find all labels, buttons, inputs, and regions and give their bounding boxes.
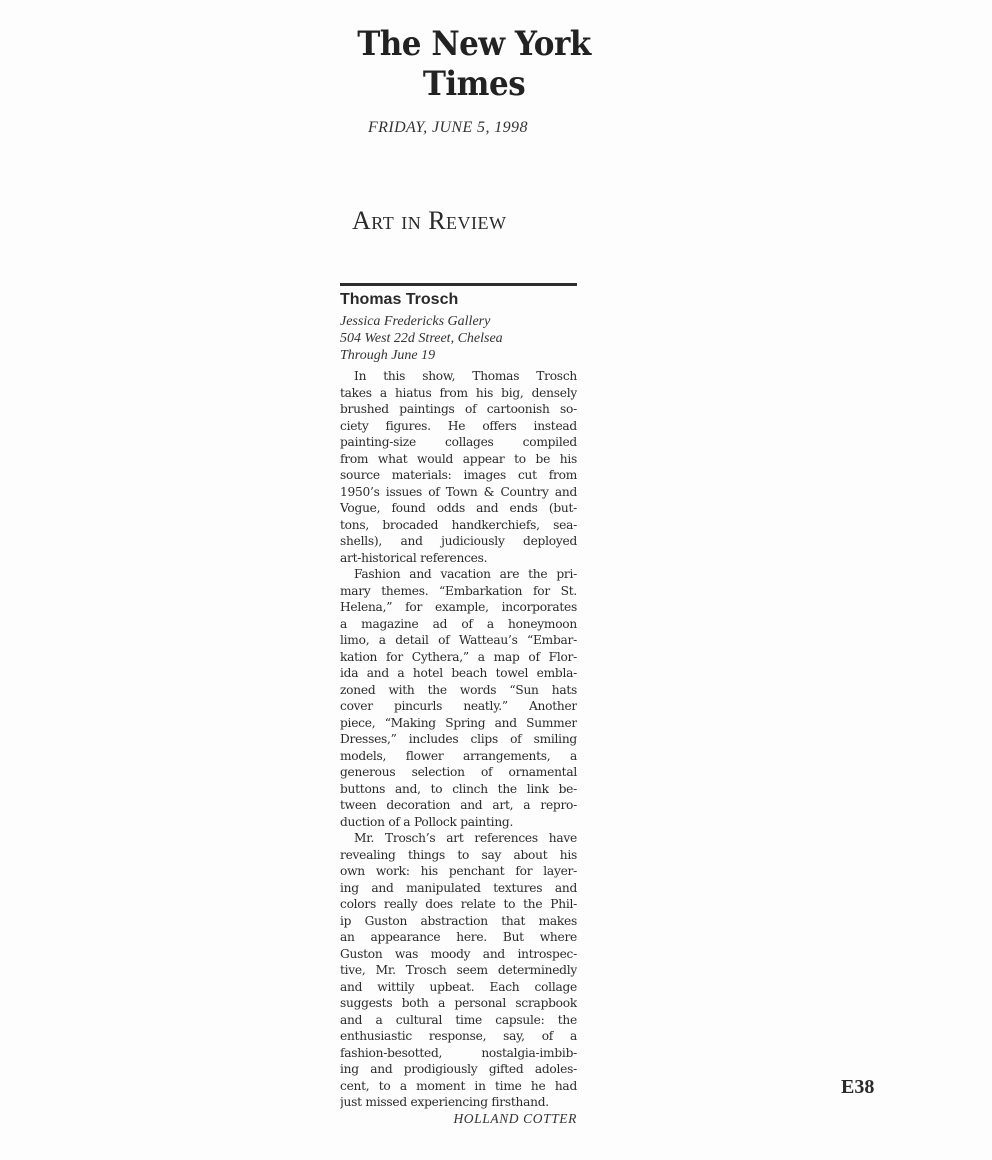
text-line: ida and a hotel beach towel embla- xyxy=(340,665,577,682)
text-line: source materials: images cut from xyxy=(340,467,577,484)
text-line: and wittily upbeat. Each collage xyxy=(340,979,577,996)
text-line: colors really does relate to the Phil- xyxy=(340,896,577,913)
text-line: brushed paintings of cartoonish so- xyxy=(340,401,577,418)
text-line: 1950’s issues of Town & Country and xyxy=(340,484,577,501)
text-line: painting-size collages compiled xyxy=(340,434,577,451)
text-line: tons, brocaded handkerchiefs, sea- xyxy=(340,517,577,534)
text-line: cover pincurls neatly.” Another xyxy=(340,698,577,715)
text-line: Fashion and vacation are the pri- xyxy=(340,566,577,583)
text-line: ing and prodigiously gifted adoles- xyxy=(340,1061,577,1078)
text-line: buttons and, to clinch the link be- xyxy=(340,781,577,798)
text-line: revealing things to say about his xyxy=(340,847,577,864)
dateline: FRIDAY, JUNE 5, 1998 xyxy=(368,119,528,137)
text-line: suggests both a personal scrapbook xyxy=(340,995,577,1012)
text-line: ip Guston abstraction that makes xyxy=(340,913,577,930)
headline-rule xyxy=(340,283,577,286)
article-headline: Thomas Trosch xyxy=(340,291,577,309)
text-line: own work: his penchant for layer- xyxy=(340,863,577,880)
text-line: an appearance here. But where xyxy=(340,929,577,946)
text-line: from what would appear to be his xyxy=(340,451,577,468)
text-line: fashion-besotted, nostalgia-imbib- xyxy=(340,1045,577,1062)
text-line: takes a hiatus from his big, densely xyxy=(340,385,577,402)
text-line: just missed experiencing firsthand. xyxy=(340,1094,577,1111)
text-line: Guston was moody and introspec- xyxy=(340,946,577,963)
text-line: generous selection of ornamental xyxy=(340,764,577,781)
text-line: Vogue, found odds and ends (but- xyxy=(340,500,577,517)
text-line: Helena,” for example, incorporates xyxy=(340,599,577,616)
text-line: ciety figures. He offers instead xyxy=(340,418,577,435)
text-line: and a cultural time capsule: the xyxy=(340,1012,577,1029)
article-body: In this show, Thomas Troschtakes a hiatu… xyxy=(340,368,577,1111)
text-line: a magazine ad of a honeymoon xyxy=(340,616,577,633)
text-line: Mr. Trosch’s art references have xyxy=(340,830,577,847)
text-line: ing and manipulated textures and xyxy=(340,880,577,897)
text-line: limo, a detail of Watteau’s “Embar- xyxy=(340,632,577,649)
article-paragraph: Fashion and vacation are the pri-mary th… xyxy=(340,566,577,830)
text-line: Dresses,” includes clips of smiling xyxy=(340,731,577,748)
text-line: duction of a Pollock painting. xyxy=(340,814,577,831)
text-line: piece, “Making Spring and Summer xyxy=(340,715,577,732)
page-number: E38 xyxy=(841,1076,874,1099)
text-line: models, flower arrangements, a xyxy=(340,748,577,765)
byline: HOLLAND COTTER xyxy=(340,1111,577,1127)
exhibition-info: Jessica Fredericks Gallery 504 West 22d … xyxy=(340,313,577,364)
text-line: mary themes. “Embarkation for St. xyxy=(340,583,577,600)
article-column: Thomas Trosch Jessica Fredericks Gallery… xyxy=(340,283,577,1127)
newspaper-masthead: The New York Times xyxy=(334,24,614,103)
text-line: tive, Mr. Trosch seem determinedly xyxy=(340,962,577,979)
article-paragraph: Mr. Trosch’s art references haverevealin… xyxy=(340,830,577,1111)
text-line: tween decoration and art, a repro- xyxy=(340,797,577,814)
gallery-address: 504 West 22d Street, Chelsea xyxy=(340,330,577,347)
text-line: shells), and judiciously deployed xyxy=(340,533,577,550)
text-line: enthusiastic response, say, of a xyxy=(340,1028,577,1045)
article-paragraph: In this show, Thomas Troschtakes a hiatu… xyxy=(340,368,577,566)
section-title: Art in Review xyxy=(352,206,507,236)
text-line: kation for Cythera,” a map of Flor- xyxy=(340,649,577,666)
gallery-name: Jessica Fredericks Gallery xyxy=(340,313,577,330)
text-line: zoned with the words “Sun hats xyxy=(340,682,577,699)
text-line: cent, to a moment in time he had xyxy=(340,1078,577,1095)
text-line: In this show, Thomas Trosch xyxy=(340,368,577,385)
exhibition-dates: Through June 19 xyxy=(340,347,577,364)
text-line: art-historical references. xyxy=(340,550,577,567)
